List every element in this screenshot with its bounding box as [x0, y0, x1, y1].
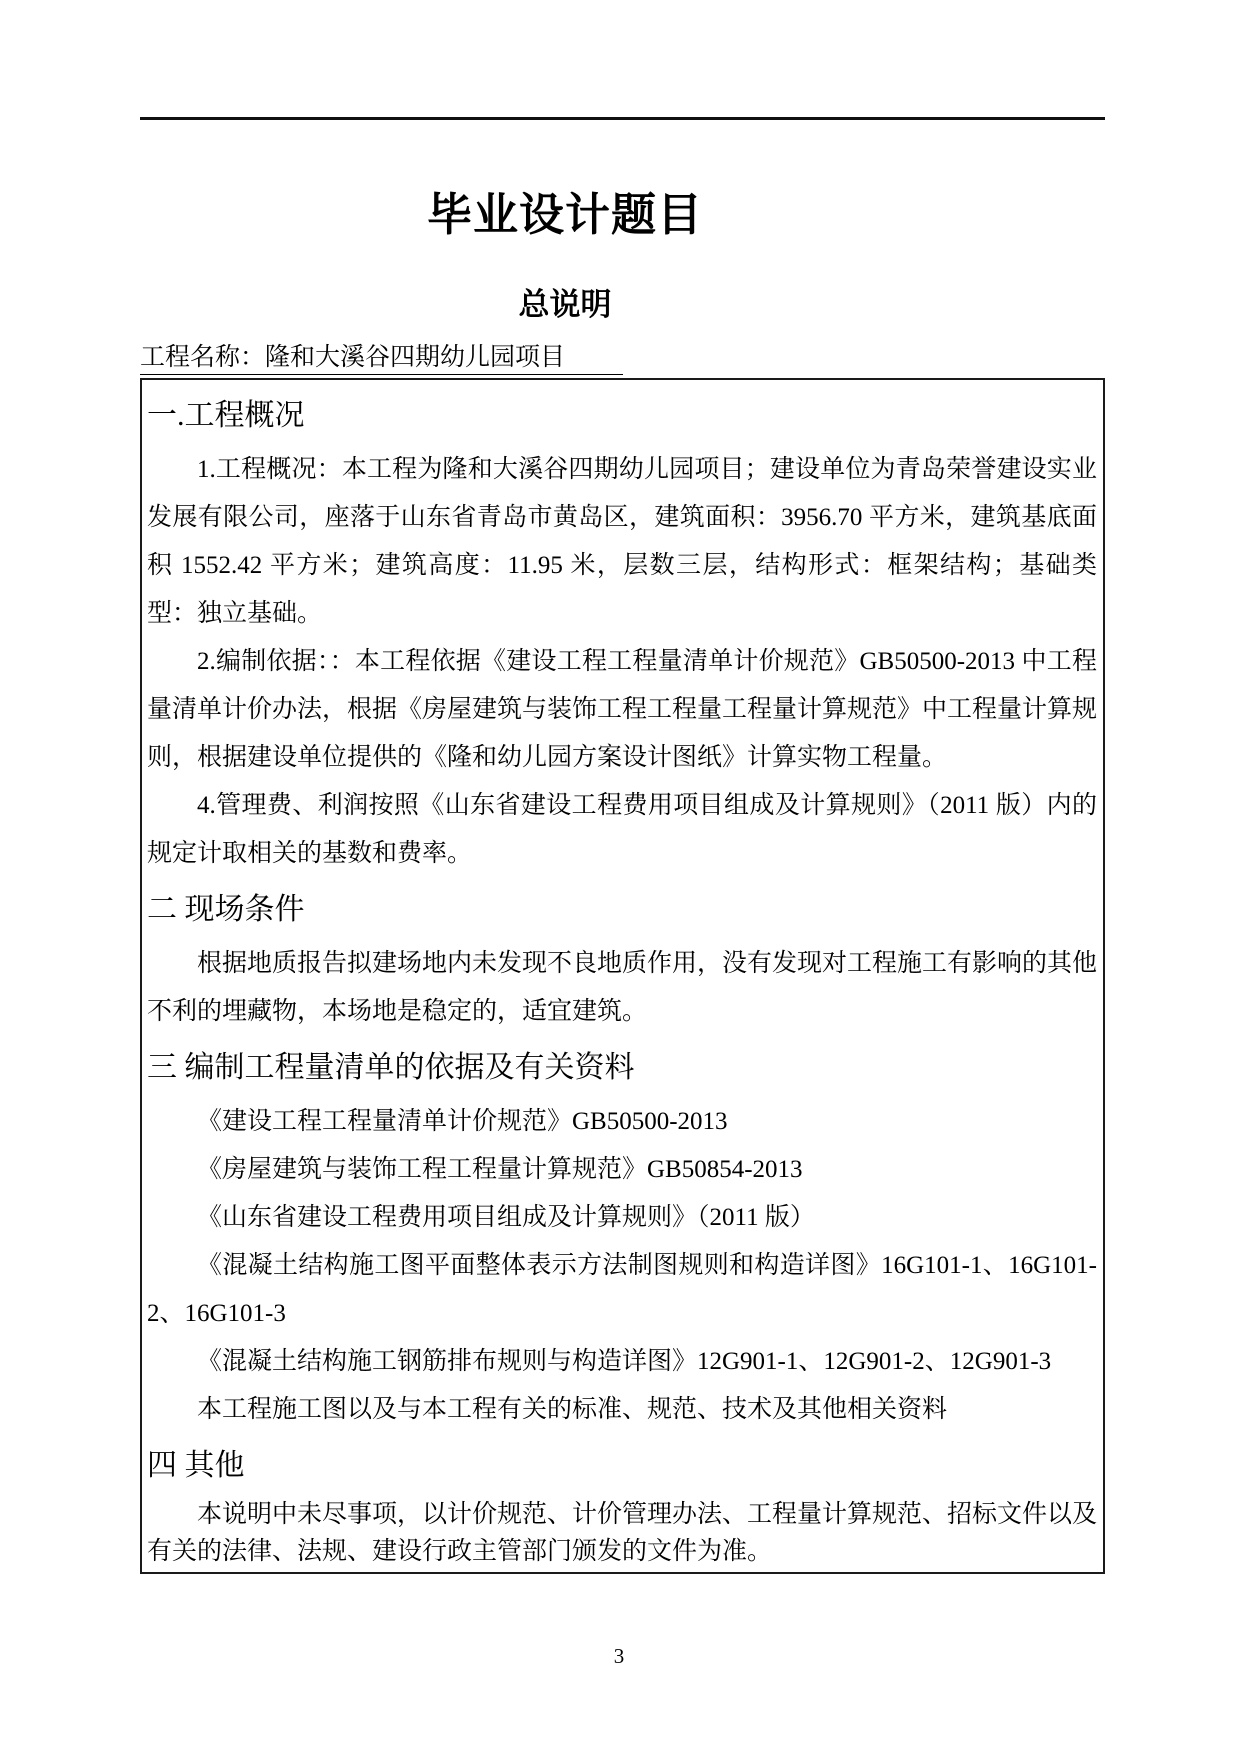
- paragraph-site-conditions: 根据地质报告拟建场地内未发现不良地质作用，没有发现对工程施工有影响的其他不利的埋…: [147, 940, 1097, 1036]
- paragraph-fees: 4.管理费、利润按照《山东省建设工程费用项目组成及计算规则》（2011 版）内的…: [147, 782, 1097, 878]
- document-page: 毕业设计题目 总说明 工程名称：隆和大溪谷四期幼儿园项目 一.工程概况 1.工程…: [0, 117, 1238, 1574]
- paragraph-other: 本说明中未尽事项，以计价规范、计价管理办法、工程量计算规范、招标文件以及有关的法…: [147, 1496, 1097, 1570]
- project-name-text: 工程名称：隆和大溪谷四期幼儿园项目: [140, 343, 623, 375]
- document-title: 毕业设计题目: [140, 190, 1105, 240]
- reference-item: 《房屋建筑与装饰工程工程量计算规范》GB50854-2013: [147, 1146, 1097, 1194]
- reference-item: 本工程施工图以及与本工程有关的标准、规范、技术及其他相关资料: [147, 1386, 1097, 1434]
- header-rule: [140, 117, 1105, 120]
- reference-item: 《混凝土结构施工图平面整体表示方法制图规则和构造详图》16G101-1、16G1…: [147, 1242, 1097, 1338]
- paragraph-compilation-basis: 2.编制依据：：本工程依据《建设工程工程量清单计价规范》GB50500-2013…: [147, 638, 1097, 782]
- paragraph-project-overview: 1.工程概况：本工程为隆和大溪谷四期幼儿园项目；建设单位为青岛荣誉建设实业发展有…: [147, 446, 1097, 638]
- general-description-box: 一.工程概况 1.工程概况：本工程为隆和大溪谷四期幼儿园项目；建设单位为青岛荣誉…: [140, 378, 1105, 1574]
- reference-item: 《山东省建设工程费用项目组成及计算规则》（2011 版）: [147, 1194, 1097, 1242]
- section-heading-other: 四 其他: [147, 1446, 1097, 1486]
- reference-item: 《混凝土结构施工钢筋排布规则与构造详图》12G901-1、12G901-2、12…: [147, 1338, 1097, 1386]
- project-name-line: 工程名称：隆和大溪谷四期幼儿园项目: [140, 343, 1105, 375]
- section-heading-references: 三 编制工程量清单的依据及有关资料: [147, 1048, 1097, 1088]
- document-subtitle: 总说明: [140, 288, 1105, 322]
- section-heading-site-conditions: 二 现场条件: [147, 890, 1097, 930]
- section-heading-overview: 一.工程概况: [147, 396, 1097, 436]
- page-number: 3: [0, 1644, 1238, 1669]
- reference-item: 《建设工程工程量清单计价规范》GB50500-2013: [147, 1098, 1097, 1146]
